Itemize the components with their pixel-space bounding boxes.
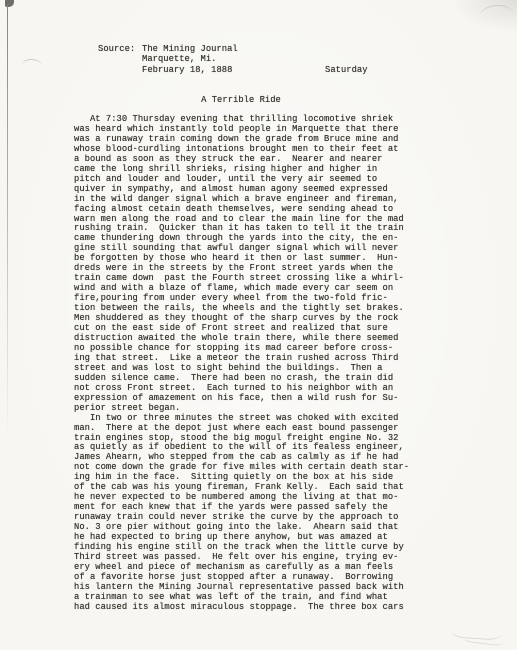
source-publication: The Mining Journal — [142, 44, 238, 54]
source-details: The Mining Journal Marquette, Mi. Februa… — [142, 44, 238, 75]
source-location: Marquette, Mi. — [142, 54, 238, 64]
scanned-document-page: Source: The Mining Journal Marquette, Mi… — [0, 0, 517, 650]
paragraph: In two or three minutes the street was c… — [74, 414, 416, 613]
day-of-week: Saturday — [325, 65, 368, 75]
article-title: A Terrible Ride — [74, 95, 408, 105]
article-body: At 7:30 Thursday evening that thrilling … — [74, 115, 416, 613]
faint-pencil-arc — [21, 59, 42, 73]
scan-page-edge-line — [7, 5, 8, 437]
paragraph: At 7:30 Thursday evening that thrilling … — [74, 115, 416, 414]
source-label: Source: — [98, 44, 135, 54]
source-date: February 18, 1888 — [142, 65, 238, 75]
